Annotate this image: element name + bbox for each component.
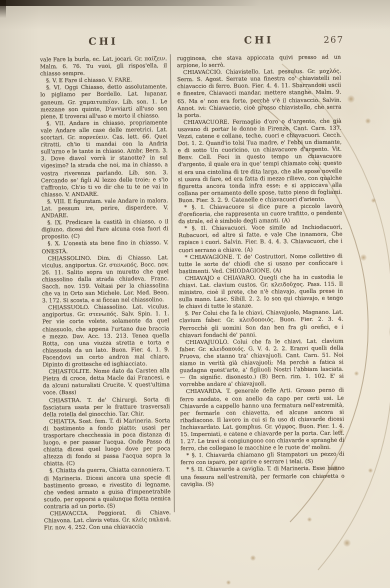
paragraph: CHIAVAJUOLO. Colui che fa le chiavi. Lat… — [179, 338, 343, 389]
page-content: CHI CHI 267 vale Fare la burla, ec. Lat.… — [0, 0, 390, 588]
paragraph: CHIATTA. Sost. fem. T. di Marineria. Sor… — [43, 418, 170, 469]
paragraph: CHIAVARDA. T. generale delle Arti. Gross… — [180, 388, 345, 453]
paragraph: §. Chiatta da guerra, Chiatta cannoniera… — [44, 468, 171, 512]
paragraph: CHIASSOLINO. Dim. di Chiasso. Lat. vicul… — [42, 255, 169, 306]
paragraph: §. X. L'onestà sta bene fino in chiasso.… — [42, 241, 169, 256]
paragraph: CHIASTOLITE. Nome dato da Carsten alla P… — [43, 368, 170, 397]
text-column-right: rugginosa, che stava appiccata quivi pre… — [177, 55, 345, 489]
paragraph: §. Per Colui che fa le chiavi, Chiavajuo… — [179, 310, 343, 340]
paragraph: vale Fare la burla, ec. Lat. jocari. Gr.… — [40, 56, 167, 78]
paragraph: * §. I. Chiavacuore si dice pure a picco… — [178, 204, 342, 227]
running-head-left: CHI — [40, 36, 167, 48]
paragraph: CHIAVACCIA. Peggiorat. di Chiave. Chiavo… — [44, 510, 171, 532]
column-rule — [170, 54, 175, 512]
paragraph: §. IX. Predicare la castità in chiasso, … — [41, 219, 168, 241]
paragraph: CHIASSUOLO. Chiassolino. Lat. viculus, a… — [42, 305, 170, 370]
paragraph: * CHIAVAGIONE. T. de' Costruttori. Nome … — [179, 253, 343, 276]
paragraph: * §. II. Chiavarde a caviglia. T. di Mar… — [181, 466, 345, 489]
book-page-scan: CHI CHI 267 vale Fare la burla, ec. Lat.… — [0, 0, 390, 588]
paragraph: CHIAVACUORE. Fermaglio d'oro o d'argento… — [177, 119, 342, 206]
paragraph: CHIAVAJO e CHIAVARO. Quegli che ha in cu… — [179, 275, 343, 312]
paragraph: CHIASTRA. T. de' Chirurgi. Sorta di fasc… — [43, 397, 170, 419]
paragraph: * §. II. Chiavacuori. Voce simile ad Inc… — [178, 225, 342, 255]
paragraph: §. VI. Oggi Chiasso, detto assolutamente… — [40, 85, 167, 122]
paragraph: CHIAVACCIO. Chiavistello. Lat. pessulus.… — [177, 69, 341, 120]
page-number: 267 — [314, 36, 344, 46]
paragraph: §. VII. Andare in chiasso, propriamente … — [40, 120, 168, 199]
text-column-left: vale Fare la burla, ec. Lat. jocari. Gr.… — [40, 56, 171, 532]
paragraph: §. VIII. E figuratam. vale Andare in mal… — [41, 198, 168, 220]
